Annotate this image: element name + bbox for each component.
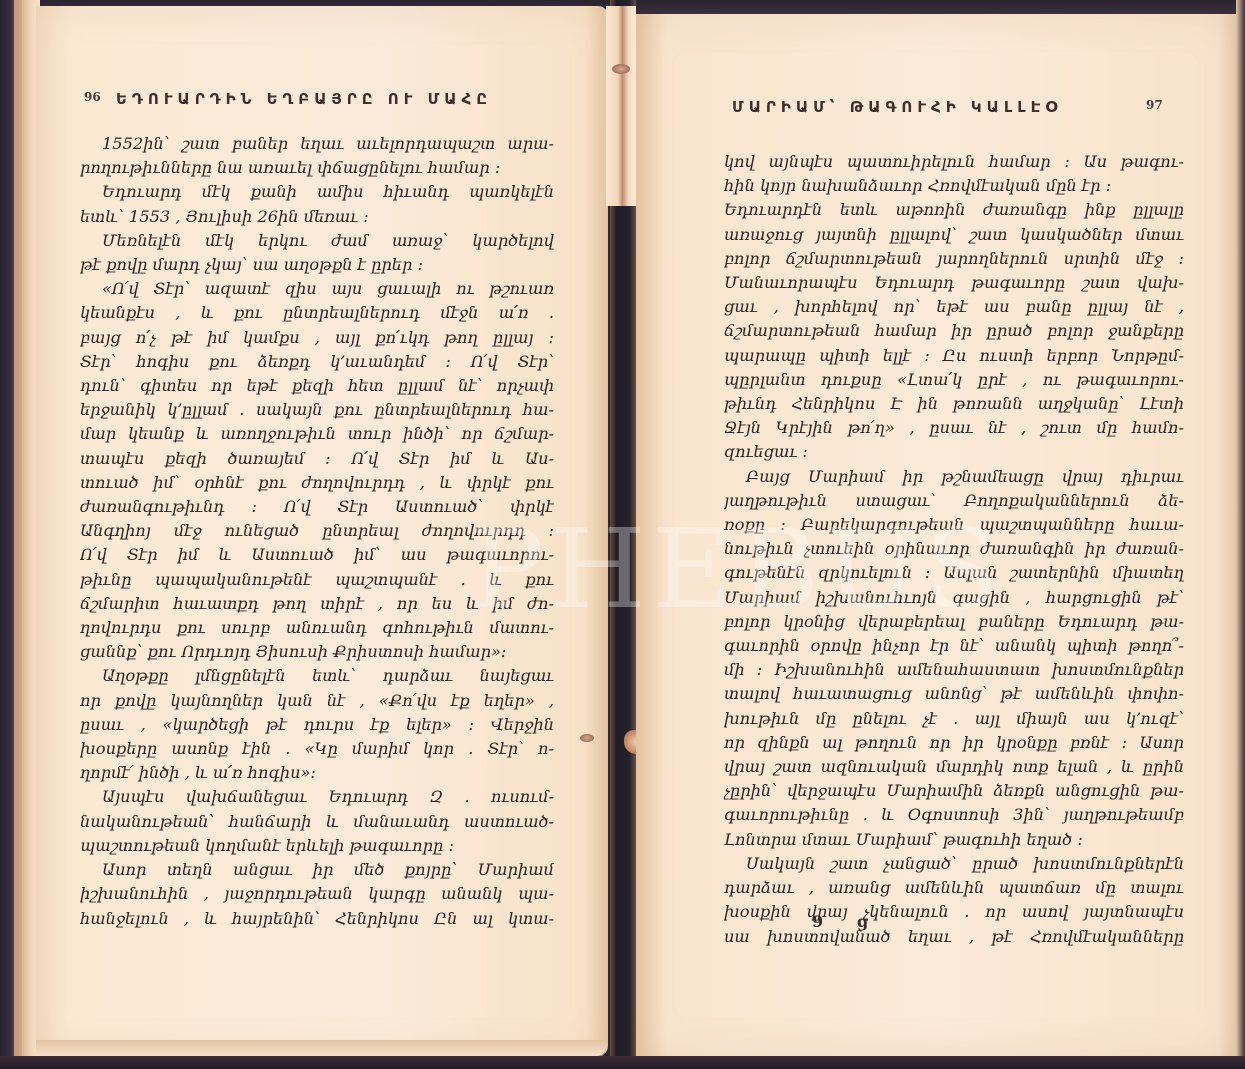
text-line: Բայց Մարիամ իր թշնամեացը վրայ դիւրաւ [724,465,1184,489]
text-line: գաւորին օրովը ինչոր էր նէ՝ անանկ պիտի թո… [724,634,1184,658]
text-line: նութիւն չտուեին օրինաւոր ժառանգին իր ժառ… [724,537,1184,561]
text-line: թիւնդ Հենրիկոս Է ին թոռանն աղջկանը՝ Լէտի [724,392,1184,416]
right-running-header: ՄԱՐԻԱՄ՝ ԹԱԳՈՒՀԻ ԿԱԼԼԷՕ [732,98,1062,116]
text-line: ըսաւ , «կարծեցի թէ դուրս էք ելեր» : Վերջ… [80,713,554,737]
left-page-body: 1552ին՝ շատ բաներ եղաւ աւելորդապաշտ արա-… [80,132,554,931]
text-line: սա խոստովանած եղաւ , թէ Հռովմէականները [724,925,1184,949]
text-line: գաւորութիւնը . և Օգոստոսի 3ին՝ յաղթութեա… [724,803,1184,827]
text-line: պաշտութեան կողմանէ երևելի թագաւորը : [80,834,554,858]
text-line: ճշմարիտ հաւատքդ թող տիրէ , որ ես և իմ ժո… [80,592,554,616]
text-line: որ քովը կայնողներ կան նէ , «Քո՛վս էք եղե… [80,689,554,713]
text-line: իշխանուհին , յաջորդութեան կարգը անանկ պա… [80,882,554,906]
text-line: մար կեանք և առողջութիւն տուր ինծի՝ որ ճշ… [80,422,554,446]
text-line: կեանքէս , և քու ընտրեալներուդ մէջն ա՛ռ . [80,301,554,325]
scan-background-bottom [0,1056,1245,1069]
text-line: պարապը պիտի ելլէ : Ըս ուստի երբոր Նորթըմ… [724,344,1184,368]
text-line: տալով հաւատացուց անոնց՝ թէ ամենևին փոփո- [724,682,1184,706]
text-line: Մարիամ իշխանուհւոյն գացին , հարցուցին թէ… [724,586,1184,610]
text-line: ժառանգութիւնդ : Ո՛վ Տէր Աստուած՝ փրկէ [80,495,554,519]
text-line: Այսպէս վախճանեցաւ Եդուարդ Զ . ուսում- [80,785,554,809]
text-line: նականութեան՝ հանճարի և մանաւանդ աստուած- [80,810,554,834]
text-line: խօսքին վրայ չկենալուն . որ ասով յայտնապէ… [724,900,1184,924]
gutter-top-fold [606,6,636,206]
text-line: Ասոր տեղն անցաւ իր մեծ քոյրը՝ Մարիամ [80,858,554,882]
right-page-body: կով այնպէս պատուիրելուն համար : Աս թագու… [724,150,1184,949]
text-line: վրայ շատ ազնուական մարդիկ ոտք ելան , և ը… [724,755,1184,779]
text-line: Տէր՝ հոգիս քու ձեռքդ կ՚աւանդեմ : Ո՛վ Տէր… [80,350,554,374]
text-line: դարձաւ , առանց ամենևին պատճառ մը տալու [724,876,1184,900]
text-line: Մեռնելէն մէկ երկու ժամ առաջ՝ կարծելով [80,229,554,253]
text-line: Եդուարդէն ետև աթոռին ժառանգը ինք ըլլալը [724,198,1184,222]
text-line: ցաննք՝ քու Որդւոյդ Յիսուսի Քրիստոսի համա… [80,640,554,664]
text-line: դուն՝ գիտես որ եթէ քեզի հետ ըլլամ նէ՝ որ… [80,374,554,398]
text-line: «Ո՛վ Տէր՝ ազատէ զիս այս ցաւալի ու թշուառ [80,277,554,301]
text-line: Եդուարդ մէկ քանի ամիս հիւանդ պառկելէն [80,180,554,204]
text-line: բոլոր կրօնից վերաբերեալ բաները Եդուարդ թ… [724,610,1184,634]
text-line: կով այնպէս պատուիրելուն համար : Աս թագու… [724,150,1184,174]
text-line: թէ քովը մարդ չկայ՝ սա աղօթքն է ըրեր : [80,253,554,277]
page-stack-edge [14,0,22,1069]
right-page-number: 97 [1146,98,1163,112]
text-line: բայց ո՛չ թէ իմ կամքս , այլ քո՛ւկդ թող ըլ… [80,326,554,350]
binding-stitch [612,64,630,74]
printer-signature-mark: 9 ց [812,912,882,931]
text-line: մի : Իշխանուհին ամենահաստատ խոստմունքներ [724,658,1184,682]
text-line: պըրլանտ դուքսը «Լտա՛կ ըրէ , ու թագաւորու… [724,368,1184,392]
text-line: Լոնտրա մտաւ Մարիամ՝ թագուհի եղած : [724,828,1184,852]
text-line: թիւնը պապականութենէ պաշտպանէ . և քու [80,568,554,592]
text-line: գութենէն զրկուելուն : Ասլան շատերնին միա… [724,561,1184,585]
text-line: խօսքերը ասոնք էին . «Կը մարիմ կոր . Տէր՝… [80,737,554,761]
text-line: զուեցաւ : [724,440,1184,464]
text-line: Մանաւորապէս Եդուարդ թագաւորը շատ վախ- [724,271,1184,295]
text-line: ետև՝ 1553 , Յուլիսի 26ին մեռաւ : [80,205,554,229]
text-line: Սակայն շատ չանցած՝ ըրած խոստմունքներէն [724,852,1184,876]
text-line: րողութիւնները նա առաւել փճացընելու համար… [80,156,554,180]
left-running-header: ԵԴՈՒԱՐԴԻՆ ԵՂԲԱՅՐԸ ՈՒ ՄԱՀԸ [116,90,492,108]
text-line: Ո՛վ Տէր իմ և Աստուած իմ՝ աս թագաւորու- [80,543,554,567]
text-line: ղովուրդս քու սուրբ անուանդ գոհութիւն մատ… [80,616,554,640]
text-line: որ զինքն ալ թողուն որ իր կրօնքը բռնէ : Ա… [724,731,1184,755]
left-page: 96 ԵԴՈՒԱՐԴԻՆ ԵՂԲԱՅՐԸ ՈՒ ՄԱՀԸ 1552ին՝ շատ… [36,6,608,1056]
book-spread: 96 ԵԴՈՒԱՐԴԻՆ ԵՂԲԱՅՐԸ ՈՒ ՄԱՀԸ 1552ին՝ շատ… [0,0,1245,1069]
text-line: բոլոր ճշմարտութեան յարողներուն սրտին մէջ… [724,247,1184,271]
left-page-number: 96 [84,90,101,104]
text-line: յաղթութիւն ստացաւ՝ Բողոքականներուն ձե- [724,489,1184,513]
text-line: առաջուց յայտնի ըլլալով՝ շատ կասկածներ մտ… [724,223,1184,247]
text-line: ղորմէ՛ ինծի , և ա՛ռ հոգիս»: [80,761,554,785]
text-line: հին կոյր նախանձաւոր Հռովմէական մըն էր : [724,174,1184,198]
text-line: խութիւն մը ընելու չէ . այլ միայն աս կ՚ու… [724,707,1184,731]
text-line: տապէս քեզի ծառայեմ : Ո՛վ Տէր իմ և Աս- [80,447,554,471]
text-line: չըրին՝ վերջապէս Մարիամին ձեռքն անցուցին … [724,779,1184,803]
text-line: Անգղիոյ մէջ ունեցած ընտրեալ ժողովուրդդ : [80,519,554,543]
text-line: 1552ին՝ շատ բաներ եղաւ աւելորդապաշտ արա- [80,132,554,156]
text-line: ցաւ , խորհելով որ՝ եթէ աս բանը ըլլայ նէ … [724,295,1184,319]
text-line: ռօքը : Բարեկարգութեան պաշտպանները հաւա- [724,513,1184,537]
text-line: հանջելուն , և հայրենին՝ Հենրիկոս Ըն ալ կ… [80,907,554,931]
text-line: Աղօթքը լմնցընելէն ետև՝ դարձաւ նայեցաւ [80,664,554,688]
text-line: Ջէյն Կրէյին թո՛ղ» , ըսաւ նէ , շուտ մը հա… [724,416,1184,440]
text-line: ճշմարտութեան համար իր ըրած բոլոր ջանքերը [724,319,1184,343]
text-line: տուած իմ՝ օրհնէ քու ժողովուրդդ , և փրկէ … [80,471,554,495]
book-right-edge [1236,0,1245,1069]
text-line: երջանիկ կ՚ըլլամ . սակայն քու ընտրեալներո… [80,398,554,422]
binding-thread [580,734,594,742]
right-page: ՄԱՐԻԱՄ՝ ԹԱԳՈՒՀԻ ԿԱԼԼԷՕ 97 կով այնպէս պատ… [636,14,1236,1056]
